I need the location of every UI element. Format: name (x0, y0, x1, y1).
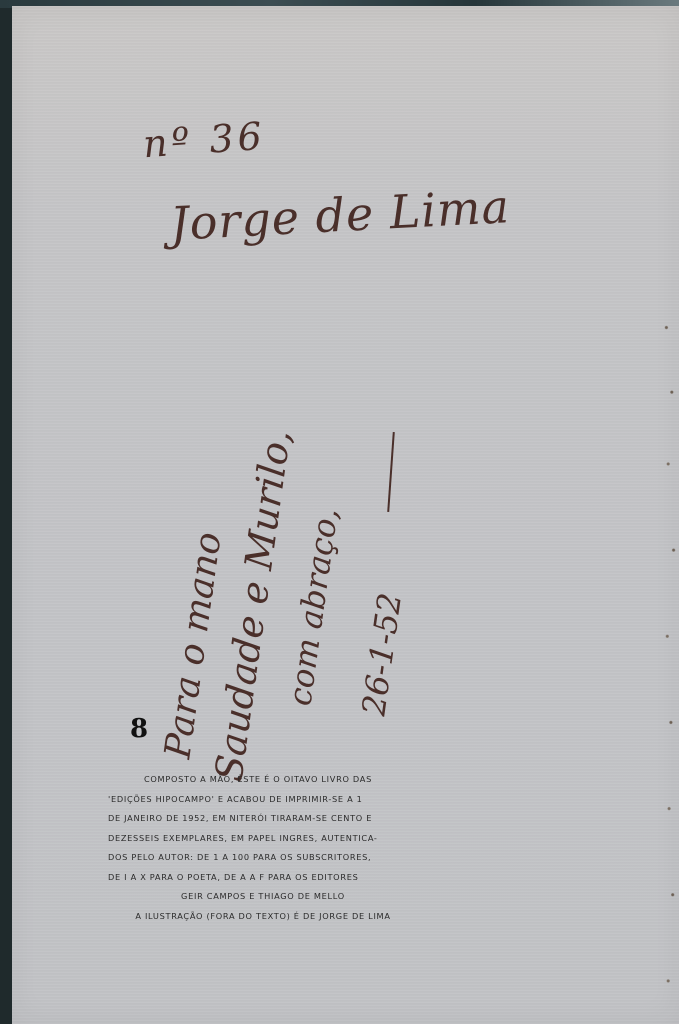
colophon-line: GEIR CAMPOS E THIAGO DE MELLO (108, 887, 418, 907)
colophon-line: DE I A X PARA O POETA, DE A A F PARA OS … (108, 868, 418, 888)
handwritten-edition-number: nº 36 (142, 114, 268, 166)
dedication-line: com abraço, (280, 506, 345, 708)
foxing-stains (661, 306, 679, 1024)
colophon-illustration-credit: A ILUSTRAÇÃO (FORA DO TEXTO) É DE JORGE … (108, 907, 418, 927)
colophon-line: DOS PELO AUTOR: DE 1 A 100 PARA OS SUBSC… (108, 848, 418, 868)
colophon-line: COMPOSTO A MÃO, ÊSTE É O OITAVO LIVRO DA… (108, 770, 418, 790)
dedication-date: 26-1-52 (354, 590, 409, 718)
colophon-line: DEZESSEIS EXEMPLARES, EM PAPEL INGRES, A… (108, 829, 418, 849)
colophon: COMPOSTO A MÃO, ÊSTE É O OITAVO LIVRO DA… (108, 770, 418, 926)
handwritten-dedication: Para o mano Saudade e Murilo, com abraço… (170, 360, 410, 760)
colophon-line: DE JANEIRO DE 1952, EM NITERÓI TIRARAM-S… (108, 809, 418, 829)
dedication-line: Saudade e Murilo, (206, 427, 299, 784)
colophon-line: 'EDIÇÕES HIPOCAMPO' E ACABOU DE IMPRIMIR… (108, 790, 418, 810)
printed-book-number: 8 (130, 714, 148, 744)
